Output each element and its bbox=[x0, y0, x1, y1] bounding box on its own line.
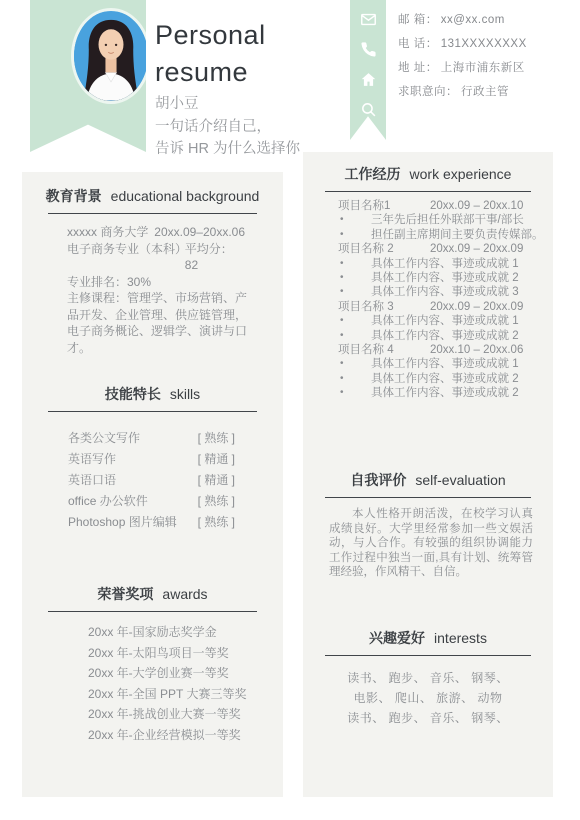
interest-line: 电影、 爬山、 旅游、 动物 bbox=[303, 688, 553, 708]
skill-row: 英语写作 [ 精通 ] bbox=[68, 449, 235, 470]
education-school-row: xxxxx 商务大学 20xx.09–20xx.06 bbox=[67, 224, 257, 241]
skill-name: 各类公文写作 bbox=[68, 428, 140, 449]
award-item: 20xx 年-国家励志奖学金 bbox=[88, 622, 273, 643]
tagline-line-1: 一句话介绍自己， bbox=[155, 116, 300, 138]
bullet-text: 具体工作内容、事迹或成就 3 bbox=[371, 285, 519, 299]
project-name: 项目名称 4 bbox=[338, 343, 430, 357]
major-name: 电子商务专业（本科） bbox=[67, 241, 185, 274]
project-bullet: • 具体工作内容、事迹或成就 2 bbox=[303, 372, 553, 386]
award-item: 20xx 年-全国 PPT 大赛三等奖 bbox=[88, 684, 273, 705]
contact-value: 上海市浦东新区 bbox=[441, 62, 525, 74]
project-bullet: • 具体工作内容、事迹或成就 1 bbox=[303, 357, 553, 371]
section-title-en: self-evaluation bbox=[415, 472, 505, 488]
bullet-dot: • bbox=[340, 285, 371, 299]
section-title-en: educational background bbox=[111, 188, 260, 204]
section-title-en: skills bbox=[170, 386, 200, 402]
project-bullet-list: • 具体工作内容、事迹或成就 1 • 具体工作内容、事迹或成就 2 • 具体工作… bbox=[303, 257, 553, 300]
section-title-en: interests bbox=[434, 630, 487, 646]
section-title-zh: 荣誉奖项 bbox=[97, 586, 153, 602]
bullet-text: 具体工作内容、事迹或成就 1 bbox=[371, 357, 519, 371]
skill-name: Photoshop 图片编辑 bbox=[68, 512, 177, 533]
project-bullet: • 具体工作内容、事迹或成就 2 bbox=[303, 386, 553, 400]
bullet-dot: • bbox=[340, 213, 371, 227]
project-bullet: • 具体工作内容、事迹或成就 3 bbox=[303, 285, 553, 299]
contact-row-email: 邮 箱：xx@xx.com bbox=[398, 8, 527, 32]
page-title: Personal resume bbox=[155, 17, 266, 91]
bullet-text: 具体工作内容、事迹或成就 2 bbox=[371, 329, 519, 343]
section-title-en: work experience bbox=[410, 166, 512, 182]
section-divider bbox=[325, 655, 531, 656]
contact-value: xx@xx.com bbox=[441, 14, 505, 26]
section-title-education: 教育背景educational background bbox=[22, 186, 283, 206]
award-item: 20xx 年-企业经营模拟一等奖 bbox=[88, 725, 273, 746]
bullet-dot: • bbox=[340, 357, 371, 371]
section-divider bbox=[325, 191, 531, 192]
section-title-en: awards bbox=[162, 586, 207, 602]
project-name: 项目名称 3 bbox=[338, 300, 430, 314]
project-header: 项目名称 3 20xx.09 – 20xx.09 bbox=[303, 300, 553, 314]
award-item: 20xx 年-大学创业赛一等奖 bbox=[88, 663, 273, 684]
skill-name: 英语写作 bbox=[68, 449, 116, 470]
skills-list: 各类公文写作 [ 熟练 ] 英语写作 [ 精通 ] 英语口语 [ 精通 ] of… bbox=[68, 428, 235, 533]
project-bullet: • 担任副主席期间主要负责传媒部。 bbox=[303, 228, 553, 242]
skill-name: 英语口语 bbox=[68, 470, 116, 491]
section-title-zh: 兴趣爱好 bbox=[369, 630, 425, 646]
award-item: 20xx 年-太阳鸟项目一等奖 bbox=[88, 643, 273, 664]
project-bullet-list: • 三年先后担任外联部干事/部长 • 担任副主席期间主要负责传媒部。 bbox=[303, 213, 553, 242]
project-header: 项目名称 4 20xx.10 – 20xx.06 bbox=[303, 343, 553, 357]
section-divider bbox=[48, 611, 257, 612]
project-3: 项目名称 3 20xx.09 – 20xx.09 • 具体工作内容、事迹或成就 … bbox=[303, 300, 553, 343]
rank-value: 专业排名：30% bbox=[67, 274, 257, 291]
section-title-zh: 工作经历 bbox=[345, 166, 401, 182]
project-name: 项目名称 2 bbox=[338, 242, 430, 256]
section-work-experience: 工作经历work experience bbox=[303, 164, 553, 192]
section-title-zh: 教育背景 bbox=[46, 188, 102, 204]
phone-icon bbox=[360, 41, 377, 58]
project-bullet: • 具体工作内容、事迹或成就 1 bbox=[303, 314, 553, 328]
bullet-dot: • bbox=[340, 228, 371, 242]
education-major-row: 电子商务专业（本科） 平均分：82 bbox=[67, 241, 257, 274]
interest-line: 读书、 跑步、 音乐、 钢琴、 bbox=[303, 668, 553, 688]
skill-level: [ 精通 ] bbox=[198, 449, 235, 470]
candidate-intro: 胡小豆 一句话介绍自己， 告诉 HR 为什么选择你 bbox=[155, 93, 300, 160]
section-title-zh: 自我评价 bbox=[350, 472, 406, 488]
bullet-text: 担任副主席期间主要负责传媒部。 bbox=[371, 228, 544, 242]
bullet-dot: • bbox=[340, 386, 371, 400]
skill-row: 各类公文写作 [ 熟练 ] bbox=[68, 428, 235, 449]
contact-label: 邮 箱： bbox=[398, 14, 438, 26]
project-2: 项目名称 2 20xx.09 – 20xx.09 • 具体工作内容、事迹或成就 … bbox=[303, 242, 553, 300]
project-bullet: • 具体工作内容、事迹或成就 2 bbox=[303, 329, 553, 343]
section-interests: 兴趣爱好interests bbox=[303, 628, 553, 656]
contact-row-phone: 电 话：131XXXXXXXX bbox=[398, 32, 527, 56]
skill-name: office 办公软件 bbox=[68, 491, 148, 512]
search-icon bbox=[360, 101, 377, 118]
section-title-evaluation: 自我评价self-evaluation bbox=[303, 470, 553, 490]
skill-row: office 办公软件 [ 熟练 ] bbox=[68, 491, 235, 512]
section-title-zh: 技能特长 bbox=[105, 386, 161, 402]
title-line-2: resume bbox=[155, 54, 266, 91]
project-bullet-list: • 具体工作内容、事迹或成就 1 • 具体工作内容、事迹或成就 2 • 具体工作… bbox=[303, 357, 553, 400]
contact-value: 131XXXXXXXX bbox=[441, 38, 527, 50]
project-4: 项目名称 4 20xx.10 – 20xx.06 • 具体工作内容、事迹或成就 … bbox=[303, 343, 553, 401]
avatar-illustration bbox=[74, 11, 148, 101]
left-column-panel: 教育背景educational background xxxxx 商务大学 20… bbox=[22, 172, 283, 797]
contact-label: 地 址： bbox=[398, 62, 438, 74]
contact-value: 行政主管 bbox=[461, 86, 509, 98]
skill-level: [ 熟练 ] bbox=[198, 512, 235, 533]
bullet-dot: • bbox=[340, 271, 371, 285]
bullet-text: 具体工作内容、事迹或成就 2 bbox=[371, 271, 519, 285]
award-item: 20xx 年-挑战创业大赛一等奖 bbox=[88, 704, 273, 725]
evaluation-text: 本人性格开朗活泼，在校学习认真成绩良好。大学里经常参加一些文娱活动，与人合作。有… bbox=[329, 507, 533, 580]
contact-info: 邮 箱：xx@xx.com 电 话：131XXXXXXXX 地 址：上海市浦东新… bbox=[398, 8, 527, 104]
interests-list: 读书、 跑步、 音乐、 钢琴、 电影、 爬山、 旅游、 动物 读书、 跑步、 音… bbox=[303, 668, 553, 728]
section-awards: 荣誉奖项awards bbox=[22, 584, 283, 612]
school-name: xxxxx 商务大学 bbox=[67, 224, 148, 241]
tagline-line-2: 告诉 HR 为什么选择你 bbox=[155, 138, 300, 160]
project-dates: 20xx.09 – 20xx.09 bbox=[430, 300, 523, 314]
project-header: 项目名称 2 20xx.09 – 20xx.09 bbox=[303, 242, 553, 256]
project-bullet: • 具体工作内容、事迹或成就 2 bbox=[303, 271, 553, 285]
skill-level: [ 熟练 ] bbox=[198, 428, 235, 449]
project-bullet: • 三年先后担任外联部干事/部长 bbox=[303, 213, 553, 227]
project-header: 项目名称1 20xx.09 – 20xx.10 bbox=[303, 199, 553, 213]
courses-text: 主修课程：管理学、市场营销、产品开发、企业管理、供应链管理，电子商务概论、逻辑学… bbox=[67, 290, 257, 356]
section-divider bbox=[48, 213, 257, 214]
bullet-text: 三年先后担任外联部干事/部长 bbox=[371, 213, 524, 227]
skill-row: 英语口语 [ 精通 ] bbox=[68, 470, 235, 491]
project-bullet: • 具体工作内容、事迹或成就 1 bbox=[303, 257, 553, 271]
bullet-text: 具体工作内容、事迹或成就 2 bbox=[371, 386, 519, 400]
bullet-dot: • bbox=[340, 372, 371, 386]
project-1: 项目名称1 20xx.09 – 20xx.10 • 三年先后担任外联部干事/部长… bbox=[303, 199, 553, 242]
project-dates: 20xx.10 – 20xx.06 bbox=[430, 343, 523, 357]
section-title-work: 工作经历work experience bbox=[303, 164, 553, 184]
section-self-evaluation: 自我评价self-evaluation bbox=[303, 470, 553, 498]
project-name: 项目名称1 bbox=[338, 199, 430, 213]
mail-icon bbox=[360, 11, 377, 28]
contact-label: 求职意向： bbox=[398, 86, 458, 98]
project-bullet-list: • 具体工作内容、事迹或成就 1 • 具体工作内容、事迹或成就 2 bbox=[303, 314, 553, 343]
contact-row-address: 地 址：上海市浦东新区 bbox=[398, 56, 527, 80]
home-icon bbox=[360, 71, 377, 88]
education-dates: 20xx.09–20xx.06 bbox=[154, 224, 245, 241]
project-dates: 20xx.09 – 20xx.09 bbox=[430, 242, 523, 256]
bullet-text: 具体工作内容、事迹或成就 2 bbox=[371, 372, 519, 386]
section-title-awards: 荣誉奖项awards bbox=[22, 584, 283, 604]
title-line-1: Personal bbox=[155, 17, 266, 54]
skill-level: [ 熟练 ] bbox=[198, 491, 235, 512]
bullet-text: 具体工作内容、事迹或成就 1 bbox=[371, 257, 519, 271]
right-column-panel: 工作经历work experience 项目名称1 20xx.09 – 20xx… bbox=[303, 152, 553, 797]
awards-list: 20xx 年-国家励志奖学金 20xx 年-太阳鸟项目一等奖 20xx 年-大学… bbox=[88, 622, 273, 745]
gpa-value: 平均分：82 bbox=[185, 241, 245, 274]
candidate-name: 胡小豆 bbox=[155, 93, 300, 115]
contact-label: 电 话： bbox=[398, 38, 438, 50]
profile-photo bbox=[71, 8, 151, 104]
education-details: xxxxx 商务大学 20xx.09–20xx.06 电子商务专业（本科） 平均… bbox=[67, 224, 257, 356]
photo-ribbon bbox=[30, 0, 146, 152]
contact-icon-ribbon bbox=[350, 0, 386, 140]
section-title-interests: 兴趣爱好interests bbox=[303, 628, 553, 648]
work-projects: 项目名称1 20xx.09 – 20xx.10 • 三年先后担任外联部干事/部长… bbox=[303, 199, 553, 401]
bullet-dot: • bbox=[340, 314, 371, 328]
bullet-text: 具体工作内容、事迹或成就 1 bbox=[371, 314, 519, 328]
section-education: 教育背景educational background bbox=[22, 186, 283, 214]
section-divider bbox=[48, 411, 257, 412]
project-dates: 20xx.09 – 20xx.10 bbox=[430, 199, 523, 213]
skill-row: Photoshop 图片编辑 [ 熟练 ] bbox=[68, 512, 235, 533]
interest-line: 读书、 跑步、 音乐、 钢琴、 bbox=[303, 708, 553, 728]
skill-level: [ 精通 ] bbox=[198, 470, 235, 491]
section-skills: 技能特长skills bbox=[22, 384, 283, 412]
bullet-dot: • bbox=[340, 329, 371, 343]
section-title-skills: 技能特长skills bbox=[22, 384, 283, 404]
contact-row-objective: 求职意向：行政主管 bbox=[398, 80, 527, 104]
bullet-dot: • bbox=[340, 257, 371, 271]
section-divider bbox=[325, 497, 531, 498]
